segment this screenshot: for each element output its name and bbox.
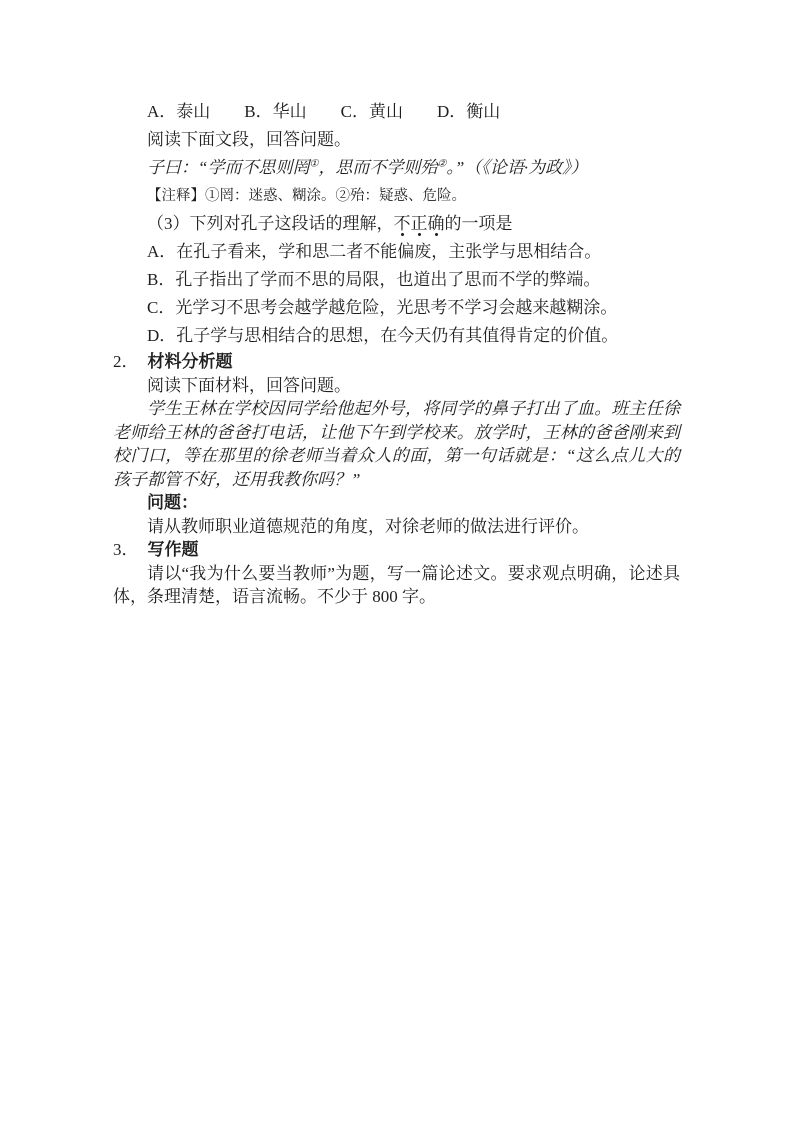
question-2-3-block: 2．材料分析题 阅读下面材料，回答问题。 学生王林在学校因同学给他起外号，将同学… xyxy=(113,350,680,609)
mountain-options-line: A．泰山B．华山C．黄山D．衡山 xyxy=(113,98,680,126)
option-c-huangshan: C．黄山 xyxy=(341,102,403,121)
document-page: A．泰山B．华山C．黄山D．衡山 阅读下面文段，回答问题。 子曰：“学而不思则罔… xyxy=(0,0,793,1122)
annotation-note: 【注释】①罔：迷惑、糊涂。②殆：疑惑、危险。 xyxy=(113,182,680,210)
option-b-huashan: B．华山 xyxy=(244,102,306,121)
option-d-hengshan: D．衡山 xyxy=(437,102,500,121)
material-paragraph: 学生王林在学校因同学给他起外号，将同学的鼻子打出了血。班主任徐老师给王林的爸爸打… xyxy=(113,397,680,491)
question-3-number: 3． xyxy=(113,540,139,559)
question-2-title: 材料分析题 xyxy=(148,352,233,371)
emphasized-incorrect: 不正确 xyxy=(394,214,445,237)
reading-prompt-material: 阅读下面材料，回答问题。 xyxy=(113,374,680,398)
choice-c: C．光学习不思考会越学越危险，光思考不学习会越来越糊涂。 xyxy=(113,294,680,322)
question-2-heading: 2．材料分析题 xyxy=(113,350,680,374)
question-2-number: 2． xyxy=(113,352,139,371)
quote-part-2: ，思而不学则殆 xyxy=(318,158,437,177)
quote-part-1: 子曰：“学而不思则罔 xyxy=(147,158,309,177)
choice-d: D．孔子学与思相结合的思想，在今天仍有其值得肯定的价值。 xyxy=(113,322,680,350)
question-3-heading: 3．写作题 xyxy=(113,538,680,562)
option-a-taishan: A．泰山 xyxy=(147,102,210,121)
question-3-prompt: 请以“我为什么要当教师”为题，写一篇论述文。要求观点明确，论述具体，条理清楚，语… xyxy=(113,562,680,609)
sub-question-before: （3）下列对孔子这段话的理解， xyxy=(147,214,394,233)
quote-part-3: 。”（《论语·为政》） xyxy=(446,158,587,177)
question-2-text: 请从教师职业道德规范的角度，对徐老师的做法进行评价。 xyxy=(113,515,680,539)
sub-question-after: 的一项是 xyxy=(445,214,513,233)
analects-quote: 子曰：“学而不思则罔①，思而不学则殆②。”（《论语·为政》） xyxy=(113,154,680,182)
exam-content: A．泰山B．华山C．黄山D．衡山 阅读下面文段，回答问题。 子曰：“学而不思则罔… xyxy=(113,98,680,609)
question-label: 问题： xyxy=(113,491,680,515)
question-1-block: A．泰山B．华山C．黄山D．衡山 阅读下面文段，回答问题。 子曰：“学而不思则罔… xyxy=(113,98,680,350)
choice-a: A．在孔子看来，学和思二者不能偏废，主张学与思相结合。 xyxy=(113,238,680,266)
sub-question-3: （3）下列对孔子这段话的理解，不正确的一项是 xyxy=(113,210,680,238)
choice-b: B．孔子指出了学而不思的局限，也道出了思而不学的弊端。 xyxy=(113,266,680,294)
question-3-title: 写作题 xyxy=(148,540,199,559)
reading-prompt-passage: 阅读下面文段，回答问题。 xyxy=(113,126,680,154)
